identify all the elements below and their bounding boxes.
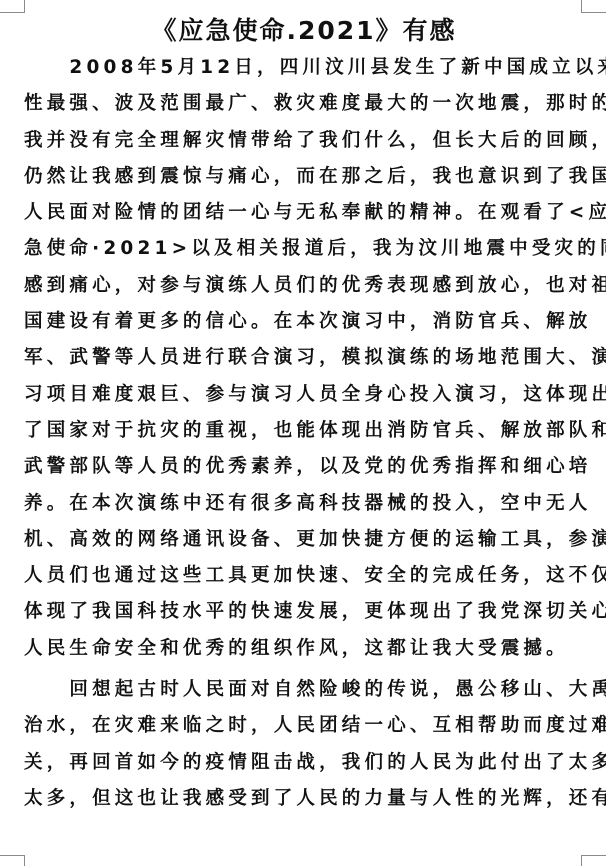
text-line: 习项目难度艰巨、参与演习人员全身心投入演习，这体现出 (24, 377, 584, 413)
paragraph-2: 回想起古时人民面对自然险峻的传说，愚公移山、大禹 治水，在灾难来临之时，人民团结… (24, 672, 584, 817)
text-line: 养。在本次演练中还有很多高科技器械的投入，空中无人 (24, 486, 584, 522)
text-line: 了国家对于抗灾的重视，也能体现出消防官兵、解放部队和 (24, 413, 584, 449)
page-corner-mark-top-left (0, 0, 25, 13)
text-line: 感到痛心，对参与演练人员们的优秀表现感到放心，也对祖 (24, 268, 584, 304)
page-corner-mark-bottom-left (0, 855, 25, 866)
text-line: 关，再回首如今的疫情阻击战，我们的人民为此付出了太多 (24, 745, 584, 781)
document-page: 《应急使命.2021》有感 2008年5月12日，四川汶川县发生了新中国成立以来… (24, 0, 584, 817)
text-line: 我并没有完全理解灾情带给了我们什么，但长大后的回顾， (24, 123, 584, 159)
text-line: 太多，但这也让我感受到了人民的力量与人性的光辉，还有 (24, 781, 584, 817)
text-line: 2008年5月12日，四川汶川县发生了新中国成立以来破坏 (24, 50, 584, 86)
text-line: 治水，在灾难来临之时，人民团结一心、互相帮助而度过难 (24, 708, 584, 744)
text-line: 武警部队等人员的优秀素养，以及党的优秀指挥和细心培 (24, 449, 584, 485)
text-line: 仍然让我感到震惊与痛心，而在那之后，我也意识到了我国 (24, 159, 584, 195)
text-line: 性最强、波及范围最广、救灾难度最大的一次地震，那时的 (24, 86, 584, 122)
text-line: 体现了我国科技水平的快速发展，更体现出了我党深切关心 (24, 594, 584, 630)
text-line: 人员们也通过这些工具更加快速、安全的完成任务，这不仅 (24, 558, 584, 594)
text-line: 国建设有着更多的信心。在本次演习中，消防官兵、解放 (24, 304, 584, 340)
page-corner-mark-top-right (581, 0, 606, 13)
text-line: 机、高效的网络通讯设备、更加快捷方便的运输工具，参演 (24, 522, 584, 558)
document-title: 《应急使命.2021》有感 (24, 14, 584, 48)
paragraph-1: 2008年5月12日，四川汶川县发生了新中国成立以来破坏 性最强、波及范围最广、… (24, 50, 584, 667)
text-line: 急使命·2021>以及相关报道后，我为汶川地震中受灾的同胞 (24, 231, 584, 267)
text-line: 人民面对险情的团结一心与无私奉献的精神。在观看了<应 (24, 195, 584, 231)
text-line: 人民生命安全和优秀的组织作风，这都让我大受震撼。 (24, 631, 584, 667)
page-corner-mark-bottom-right (581, 855, 606, 866)
text-line: 回想起古时人民面对自然险峻的传说，愚公移山、大禹 (24, 672, 584, 708)
text-line: 军、武警等人员进行联合演习，模拟演练的场地范围大、演 (24, 340, 584, 376)
